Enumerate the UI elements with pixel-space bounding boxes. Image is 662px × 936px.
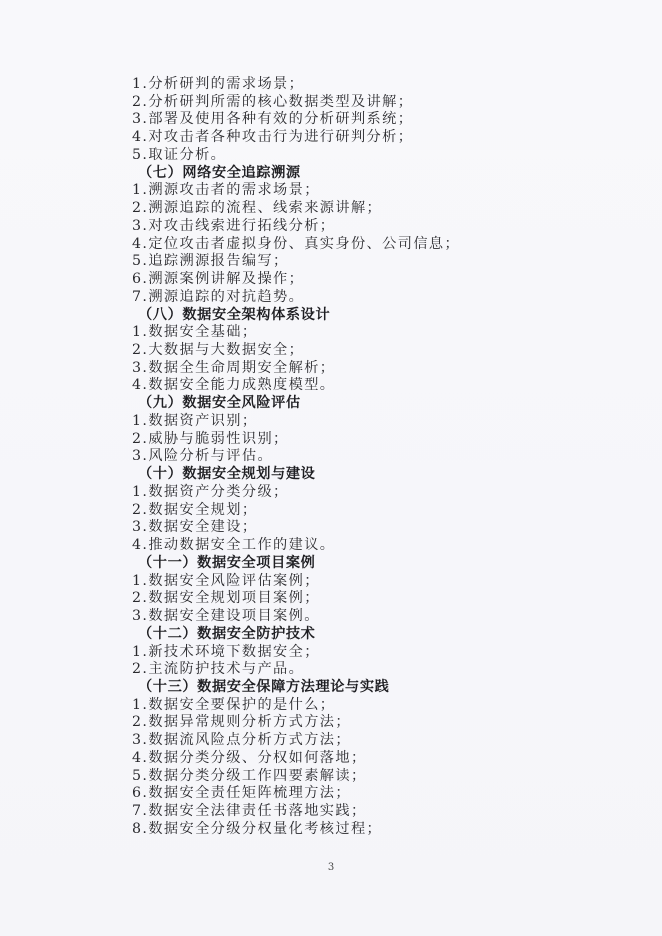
list-item: 1.溯源攻击者的需求场景； [132,182,572,200]
list-item: 2.威胁与脆弱性识别； [132,431,572,449]
list-item: 4.数据安全能力成熟度模型。 [132,377,572,395]
list-item: 4.推动数据安全工作的建议。 [132,537,572,555]
list-item: 3.数据安全建设项目案例。 [132,608,572,626]
list-item: 1.数据资产识别； [132,413,572,431]
list-item: 8.数据安全分级分权量化考核过程； [132,821,572,839]
list-item: 2.大数据与大数据安全； [132,342,572,360]
list-item: 3.对攻击线索进行拓线分析； [132,218,572,236]
list-item: 7.溯源追踪的对抗趋势。 [132,289,572,307]
list-item: 1.数据安全基础； [132,324,572,342]
section-heading: （九）数据安全风险评估 [132,395,572,413]
list-item: 2.数据安全规划项目案例； [132,590,572,608]
list-item: 3.部署及使用各种有效的分析研判系统； [132,111,572,129]
list-item: 1.新技术环境下数据安全； [132,644,572,662]
list-item: 1.数据资产分类分级； [132,484,572,502]
list-item: 1.分析研判的需求场景； [132,76,572,94]
section-heading: （十三）数据安全保障方法理论与实践 [132,679,572,697]
list-item: 2.数据异常规则分析方式方法； [132,714,572,732]
section-heading: （十二）数据安全防护技术 [132,626,572,644]
list-item: 2.数据安全规划； [132,502,572,520]
section-heading: （十一）数据安全项目案例 [132,555,572,573]
section-heading: （十）数据安全规划与建设 [132,466,572,484]
document-page: 1.分析研判的需求场景；2.分析研判所需的核心数据类型及讲解；3.部署及使用各种… [0,0,662,936]
list-item: 6.溯源案例讲解及操作； [132,271,572,289]
list-item: 4.对攻击者各种攻击行为进行研判分析； [132,129,572,147]
list-item: 4.定位攻击者虚拟身份、真实身份、公司信息； [132,236,572,254]
list-item: 5.追踪溯源报告编写； [132,253,572,271]
document-body: 1.分析研判的需求场景；2.分析研判所需的核心数据类型及讲解；3.部署及使用各种… [132,76,572,839]
list-item: 2.分析研判所需的核心数据类型及讲解； [132,94,572,112]
list-item: 2.主流防护技术与产品。 [132,661,572,679]
list-item: 3.风险分析与评估。 [132,448,572,466]
list-item: 5.取证分析。 [132,147,572,165]
list-item: 4.数据分类分级、分权如何落地； [132,750,572,768]
list-item: 6.数据安全责任矩阵梳理方法； [132,785,572,803]
list-item: 3.数据流风险点分析方式方法； [132,732,572,750]
list-item: 7.数据安全法律责任书落地实践； [132,803,572,821]
list-item: 1.数据安全要保护的是什么； [132,697,572,715]
list-item: 5.数据分类分级工作四要素解读； [132,768,572,786]
list-item: 3.数据安全建设； [132,519,572,537]
page-number: 3 [0,862,662,873]
section-heading: （八）数据安全架构体系设计 [132,307,572,325]
list-item: 1.数据安全风险评估案例； [132,573,572,591]
section-heading: （七）网络安全追踪溯源 [132,165,572,183]
list-item: 3.数据全生命周期安全解析； [132,360,572,378]
list-item: 2.溯源追踪的流程、线索来源讲解； [132,200,572,218]
